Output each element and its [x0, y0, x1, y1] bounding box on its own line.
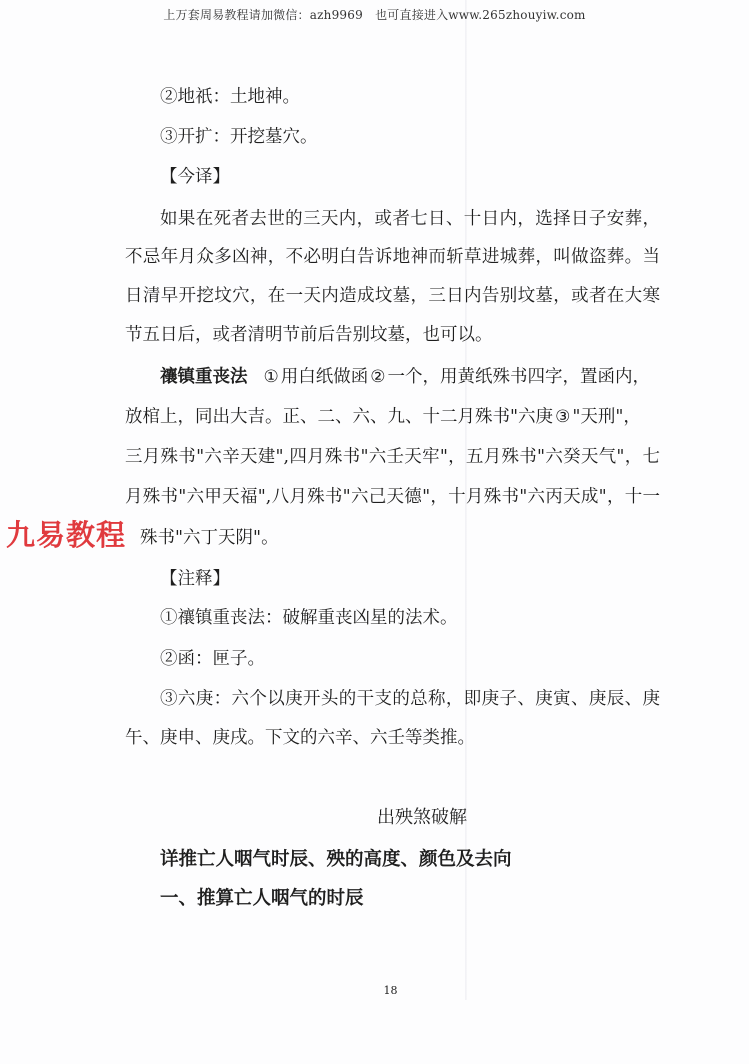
document-page: 上万套周易教程请加微信：azh9969 也可直接进入www.265zhouyiw… [0, 0, 749, 1064]
annotation-1: ①禳镇重丧法：破解重丧凶星的法术。 [160, 607, 458, 629]
annotation-3: ③六庚：六个以庚开头的干支的总称，即庚子、庚寅、庚辰、庚 [160, 688, 660, 710]
method-text-1a: 用白纸做函 [281, 366, 369, 388]
translation-line-4: 节五日后，或者清明节前后告别坟墓，也可以。 [125, 324, 493, 346]
translation-line-1: 如果在死者去世的三天内，或者七日、十日内，选择日子安葬， [160, 208, 660, 230]
watermark-logo: 九易教程 [6, 513, 126, 554]
translation-line-3: 日清早开挖坟穴，在一天内造成坟墓，三日内告别坟墓，或者在大寒 [125, 285, 660, 307]
footnote-marker-1: ① [264, 366, 279, 388]
section-subtitle: 详推亡人咽气时辰、殃的高度、颜色及去向 [160, 845, 512, 871]
footnote-marker-2: ② [370, 366, 385, 388]
translation-label: 【今译】 [160, 166, 230, 188]
footnote-marker-3: ③ [555, 406, 570, 428]
method-line-1: 禳镇重丧法 ① 用白纸做函 ② 一个，用黄纸殊书四字，置函内， [160, 366, 660, 388]
note-2: ②地祇：土地神。 [160, 86, 300, 108]
translation-line-2: 不忌年月众多凶神，不必明白告诉地神而斩草进城葬，叫做盗葬。当 [125, 246, 660, 268]
section-title: 出殃煞破解 [0, 803, 749, 829]
note-3: ③开扩：开挖墓穴。 [160, 126, 318, 148]
annotation-3-continued: 午、庚申、庚戌。下文的六辛、六壬等类推。 [125, 727, 475, 749]
method-text-1b: 一个，用黄纸殊书四字，置函内， [388, 366, 651, 388]
method-line-3: 三月殊书"六辛天建",四月殊书"六壬天牢"，五月殊书"六癸天气"，七 [125, 446, 660, 468]
page-number: 18 [0, 984, 749, 997]
method-line-2: 放棺上，同出大吉。正、二、六、九、十二月殊书"六庚 ③ "天刑"， [125, 406, 660, 428]
annotation-2: ②函：匣子。 [160, 648, 265, 670]
method-text-2a: 放棺上，同出大吉。正、二、六、九、十二月殊书"六庚 [125, 406, 553, 428]
method-line-5: 殊书"六丁天阴"。 [140, 527, 279, 549]
method-title: 禳镇重丧法 [160, 366, 248, 388]
section-heading-1: 一、推算亡人咽气的时辰 [160, 884, 364, 910]
method-text-2b: "天刑"， [572, 406, 641, 428]
header-banner: 上万套周易教程请加微信：azh9969 也可直接进入www.265zhouyiw… [0, 6, 749, 23]
method-line-4: 月殊书"六甲天福",八月殊书"六己天德"，十月殊书"六丙天成"，十一 [125, 486, 660, 508]
annotations-label: 【注释】 [160, 568, 230, 590]
